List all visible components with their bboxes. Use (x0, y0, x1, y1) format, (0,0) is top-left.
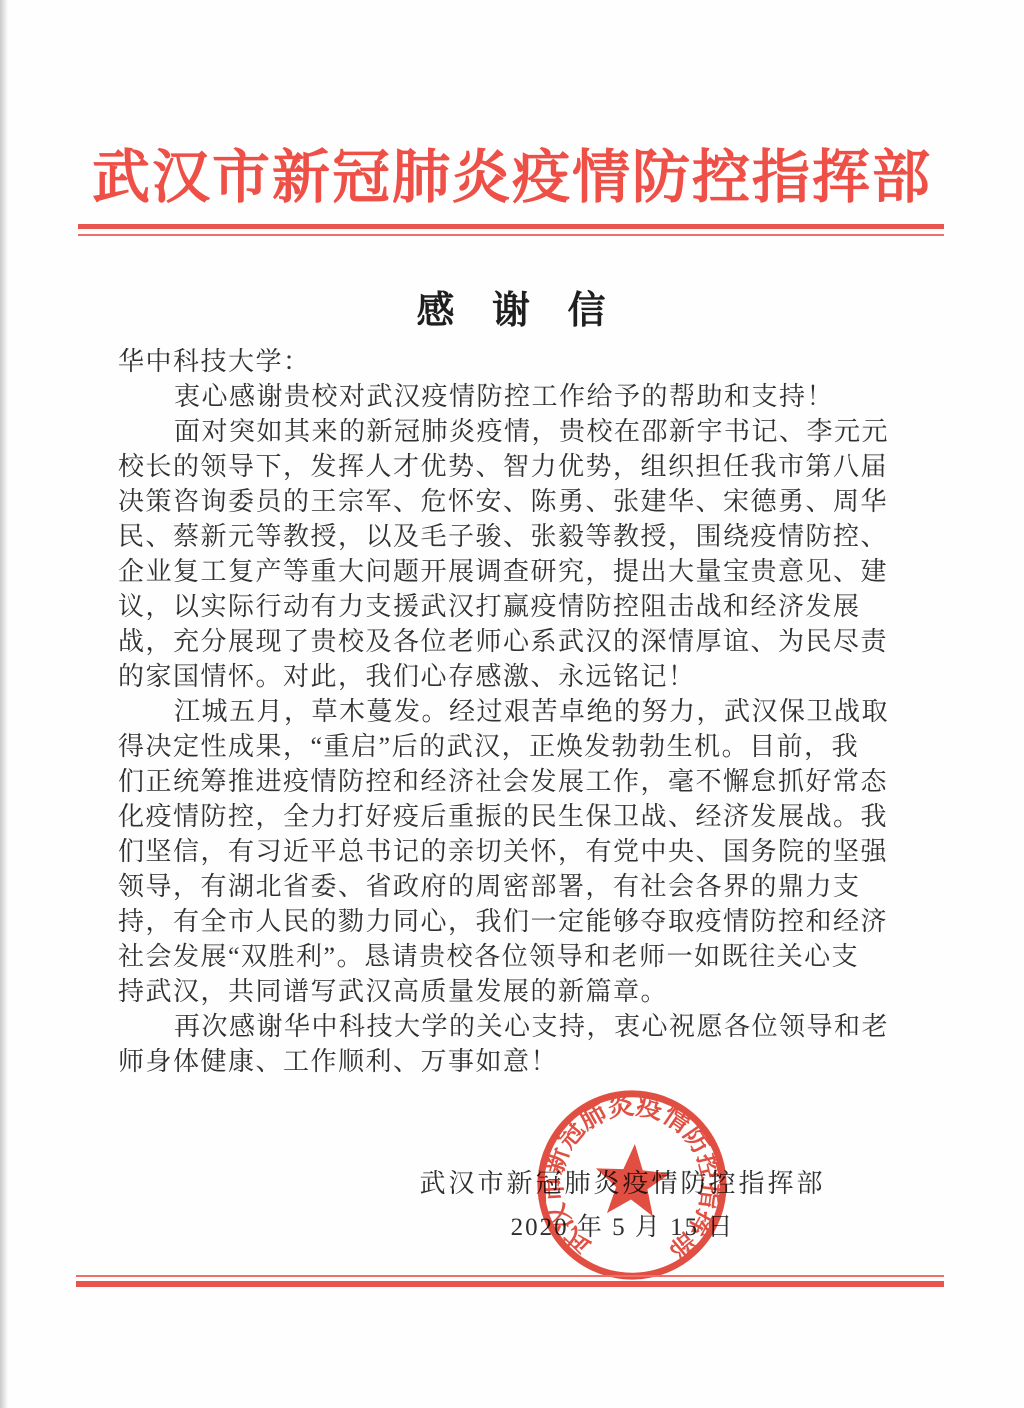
body-line: 再次感谢华中科技大学的关心支持，衷心祝愿各位领导和老 (118, 1009, 918, 1044)
footer-double-rule (76, 1275, 944, 1287)
rule-thick-line (76, 1281, 944, 1287)
body-line: 领导，有湖北省委、省政府的周密部署，有社会各界的鼎力支 (118, 869, 918, 904)
letterhead-double-rule (78, 224, 944, 236)
body-line: 华中科技大学： (118, 344, 918, 379)
body-line: 校长的领导下，发挥人才优势、智力优势，组织担任我市第八届 (118, 449, 918, 484)
body-line: 战，充分展现了贵校及各位老师心系武汉的深情厚谊、为民尽责 (118, 624, 918, 659)
body-line: 持武汉，共同谱写武汉高质量发展的新篇章。 (118, 974, 918, 1009)
body-line: 化疫情防控，全力打好疫后重振的民生保卫战、经济发展战。我 (118, 799, 918, 834)
body-line: 得决定性成果，“重启”后的武汉，正焕发勃勃生机。目前，我 (118, 729, 918, 764)
body-line: 持，有全市人民的勠力同心，我们一定能够夺取疫情防控和经济 (118, 904, 918, 939)
body-line: 们坚信，有习近平总书记的亲切关怀，有党中央、国务院的坚强 (118, 834, 918, 869)
star-icon (593, 1141, 672, 1217)
letterhead-org-title: 武汉市新冠肺炎疫情防控指挥部 (0, 130, 1024, 214)
official-seal: 武汉市新冠肺炎疫情防控指挥部 (527, 1080, 736, 1289)
body-line: 们正统筹推进疫情防控和经济社会发展工作，毫不懈怠抓好常态 (118, 764, 918, 799)
rule-thin-line (78, 234, 944, 236)
body-line: 面对突如其来的新冠肺炎疫情，贵校在邵新宇书记、李元元 (118, 414, 918, 449)
body-line: 决策咨询委员的王宗军、危怀安、陈勇、张建华、宋德勇、周华 (118, 484, 918, 519)
letter-body: 华中科技大学： 衷心感谢贵校对武汉疫情防控工作给予的帮助和支持！ 面对突如其来的… (118, 344, 918, 1079)
body-line: 衷心感谢贵校对武汉疫情防控工作给予的帮助和支持！ (118, 379, 918, 414)
body-line: 议，以实际行动有力支援武汉打赢疫情防控阻击战和经济发展 (118, 589, 918, 624)
scanned-letter-page: 武汉市新冠肺炎疫情防控指挥部 感 谢 信 华中科技大学： 衷心感谢贵校对武汉疫情… (0, 0, 1024, 1408)
letter-title: 感 谢 信 (0, 279, 1024, 334)
body-line: 社会发展“双胜利”。恳请贵校各位领导和老师一如既往关心支 (118, 939, 918, 974)
body-line: 的家国情怀。对此，我们心存感激、永远铭记！ (118, 659, 918, 694)
body-line: 江城五月，草木蔓发。经过艰苦卓绝的努力，武汉保卫战取 (118, 694, 918, 729)
body-line: 师身体健康、工作顺利、万事如意！ (118, 1044, 918, 1079)
body-line: 企业复工复产等重大问题开展调查研究，提出大量宝贵意见、建 (118, 554, 918, 589)
body-line: 民、蔡新元等教授，以及毛子骏、张毅等教授，围绕疫情防控、 (118, 519, 918, 554)
